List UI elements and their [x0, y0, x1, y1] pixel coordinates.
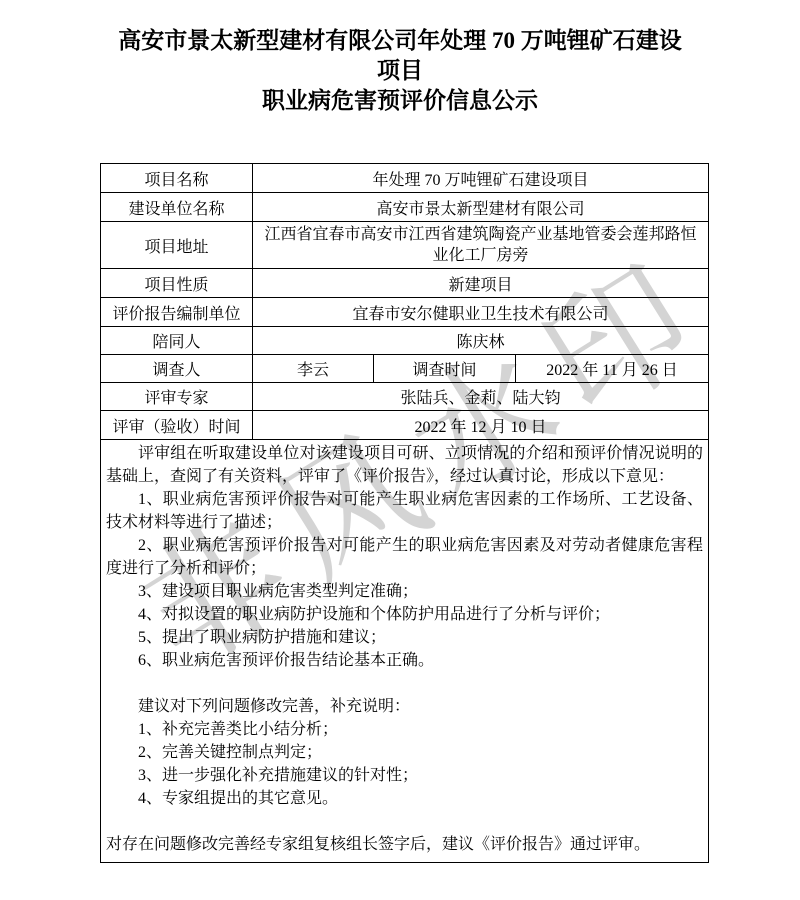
row-label: 项目名称	[101, 164, 253, 193]
row-value: 年处理 70 万吨锂矿石建设项目	[253, 164, 709, 193]
row-label: 建设单位名称	[101, 193, 253, 222]
project-info-table: 项目名称 年处理 70 万吨锂矿石建设项目 建设单位名称 高安市景太新型建材有限…	[100, 163, 709, 863]
table-row-opinion: 评审组在听取建设单位对该建设项目可研、立项情况的介绍和预评价情况说明的基础上，查…	[101, 440, 709, 863]
opinion-paragraph: 1、补充完善类比小结分析；	[106, 718, 703, 741]
row-value: 陈庆林	[253, 327, 709, 355]
title-line-2: 项目	[0, 56, 800, 86]
row-value: 江西省宜春市高安市江西省建筑陶瓷产业基地管委会莲邦路恒业化工厂房旁	[253, 222, 709, 269]
row-value: 新建项目	[253, 269, 709, 298]
blank-line	[106, 810, 703, 833]
table-row: 项目性质 新建项目	[101, 269, 709, 298]
table-row: 陪同人 陈庆林	[101, 327, 709, 355]
title-line-1: 高安市景太新型建材有限公司年处理 70 万吨锂矿石建设	[0, 26, 800, 56]
row-label-survey-time: 调查时间	[374, 355, 516, 383]
row-label: 调查人	[101, 355, 253, 383]
row-label: 评审专家	[101, 383, 253, 411]
opinion-paragraph: 1、职业病危害预评价报告对可能产生职业病危害因素的工作场所、工艺设备、技术材料等…	[106, 488, 703, 534]
opinion-conclusion: 对存在问题修改完善经专家组复核组长签字后，建议《评价报告》通过评审。	[106, 833, 703, 856]
row-value: 2022 年 12 月 10 日	[253, 411, 709, 440]
opinion-paragraph: 2、职业病危害预评价报告对可能产生的职业病危害因素及对劳动者健康危害程度进行了分…	[106, 534, 703, 580]
review-opinion-cell: 评审组在听取建设单位对该建设项目可研、立项情况的介绍和预评价情况说明的基础上，查…	[101, 440, 709, 863]
investigator-name: 李云	[253, 355, 374, 383]
opinion-paragraph: 评审组在听取建设单位对该建设项目可研、立项情况的介绍和预评价情况说明的基础上，查…	[106, 442, 703, 488]
table-row-investigator: 调查人 李云 调查时间 2022 年 11 月 26 日	[101, 355, 709, 383]
title-line-3: 职业病危害预评价信息公示	[0, 86, 800, 116]
row-label: 陪同人	[101, 327, 253, 355]
survey-date: 2022 年 11 月 26 日	[516, 355, 709, 383]
opinion-paragraph: 4、专家组提出的其它意见。	[106, 787, 703, 810]
opinion-paragraph: 3、建设项目职业病危害类型判定准确；	[106, 580, 703, 603]
row-label: 评价报告编制单位	[101, 298, 253, 327]
opinion-paragraph: 3、进一步强化补充措施建议的针对性；	[106, 764, 703, 787]
table-row: 项目名称 年处理 70 万吨锂矿石建设项目	[101, 164, 709, 193]
table-row: 项目地址 江西省宜春市高安市江西省建筑陶瓷产业基地管委会莲邦路恒业化工厂房旁	[101, 222, 709, 269]
row-value: 高安市景太新型建材有限公司	[253, 193, 709, 222]
table-row: 评审专家 张陆兵、金莉、陆大钧	[101, 383, 709, 411]
row-value: 张陆兵、金莉、陆大钧	[253, 383, 709, 411]
document-title: 高安市景太新型建材有限公司年处理 70 万吨锂矿石建设 项目 职业病危害预评价信…	[0, 0, 800, 116]
row-label: 项目性质	[101, 269, 253, 298]
table-row: 建设单位名称 高安市景太新型建材有限公司	[101, 193, 709, 222]
opinion-paragraph: 6、职业病危害预评价报告结论基本正确。	[106, 649, 703, 672]
table-row: 评审（验收）时间 2022 年 12 月 10 日	[101, 411, 709, 440]
row-label: 项目地址	[101, 222, 253, 269]
opinion-paragraph: 4、对拟设置的职业病防护设施和个体防护用品进行了分析与评价；	[106, 603, 703, 626]
opinion-paragraph: 5、提出了职业病防护措施和建议；	[106, 626, 703, 649]
row-label: 评审（验收）时间	[101, 411, 253, 440]
table-row: 评价报告编制单位 宜春市安尔健职业卫生技术有限公司	[101, 298, 709, 327]
opinion-paragraph: 2、完善关键控制点判定；	[106, 741, 703, 764]
opinion-paragraph: 建议对下列问题修改完善，补充说明：	[106, 695, 703, 718]
blank-line	[106, 672, 703, 695]
row-value: 宜春市安尔健职业卫生技术有限公司	[253, 298, 709, 327]
document-page: 高安市景太新型建材有限公司年处理 70 万吨锂矿石建设 项目 职业病危害预评价信…	[0, 0, 800, 863]
